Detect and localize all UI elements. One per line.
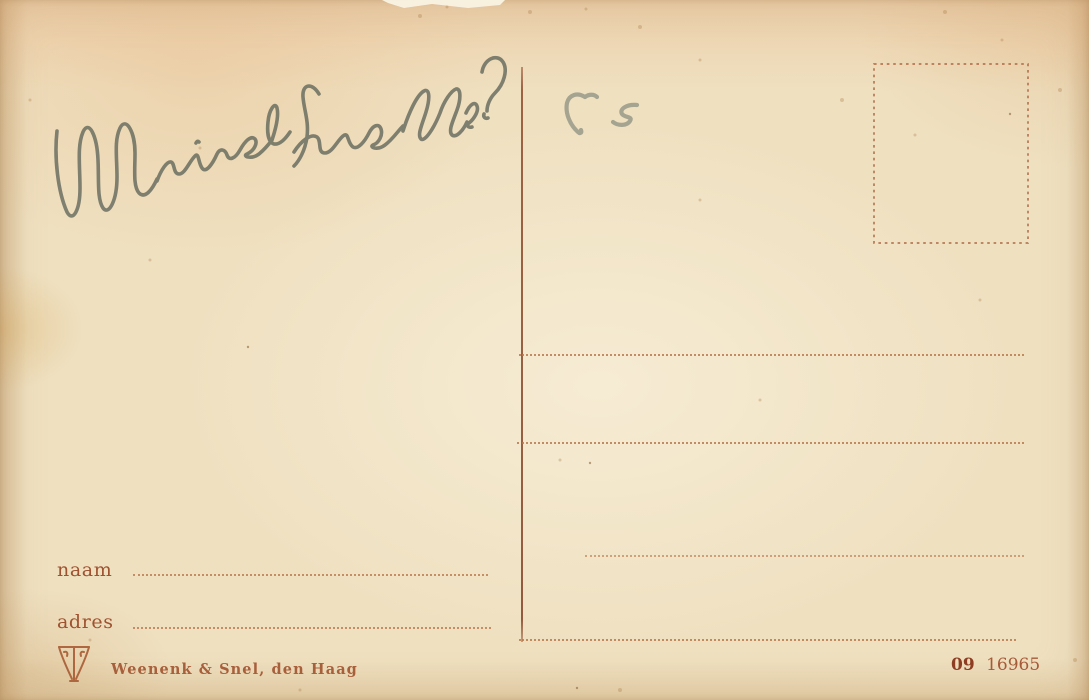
publisher-name: Weenenk & Snel, den Haag: [111, 661, 358, 678]
paper-tear: [382, 0, 505, 8]
address-field-line: [133, 627, 491, 629]
handwriting-word-kapelle: [294, 86, 319, 166]
handwriting-word-muziek: [56, 124, 157, 216]
serial-number: 16965: [986, 655, 1040, 675]
handwriting-question-mark: [482, 58, 505, 111]
address-area-line-2: [517, 442, 1024, 444]
address-label: adres: [57, 611, 114, 633]
pencil-mark-s: [613, 105, 637, 125]
serial-number-group: 09 16965: [951, 655, 1040, 675]
postcard-back: naam adres Weenenk & Snel, den Haag 09 1…: [0, 0, 1089, 700]
address-area-line-4: [519, 639, 1016, 641]
publisher-logo-icon: [57, 644, 91, 684]
serial-prefix: 09: [951, 655, 975, 675]
pencil-mark-5: [567, 95, 585, 133]
stamp-box: [873, 63, 1029, 244]
name-label: naam: [57, 559, 112, 581]
name-field-line: [133, 574, 488, 576]
address-area-line-1: [519, 354, 1024, 356]
address-area-line-3: [585, 555, 1024, 557]
